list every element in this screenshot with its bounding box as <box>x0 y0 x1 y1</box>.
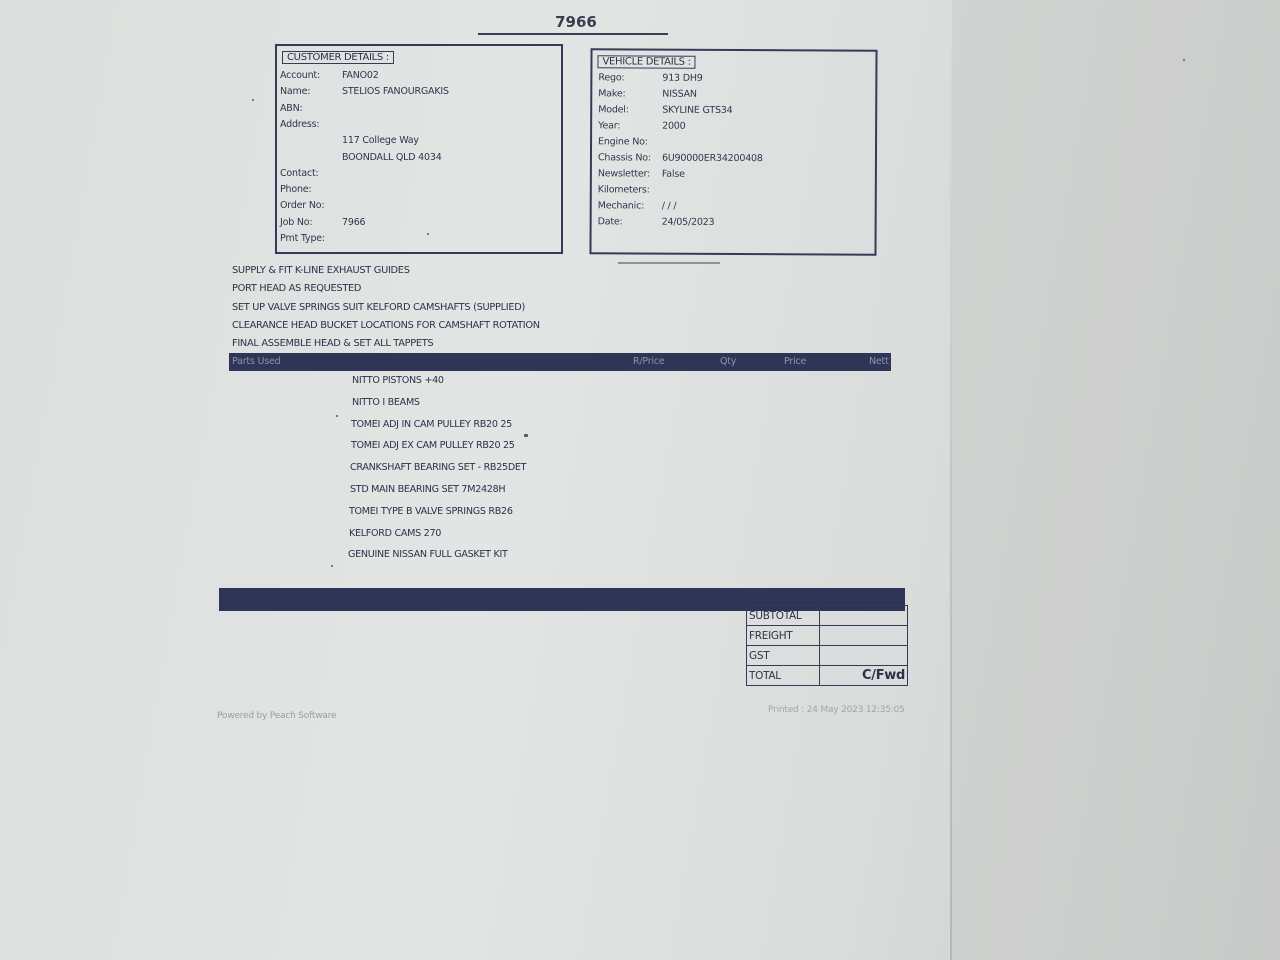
totals-row-gst: GST <box>747 646 908 666</box>
field-label: Address: <box>280 119 319 130</box>
parts-table-header: Parts Used R/Price Qty Price Nett <box>229 353 891 371</box>
field-label: Mechanic: <box>598 200 644 211</box>
field-row: Rego:913 DH9 <box>598 72 858 87</box>
field-row: Chassis No:6U90000ER34200408 <box>598 152 858 167</box>
field-row: Account:FANO02 <box>280 70 540 84</box>
vehicle-box-shadow-rule <box>618 262 720 264</box>
document-number: 7966 <box>540 13 612 31</box>
paper-speck <box>252 99 254 101</box>
table-row: NITTO I BEAMS <box>352 394 526 416</box>
customer-details-title: CUSTOMER DETAILS : <box>282 51 394 64</box>
field-row: Date:24/05/2023 <box>598 216 858 231</box>
totals-row-total: TOTAL C/Fwd <box>747 666 908 686</box>
table-row: TOMEI ADJ IN CAM PULLEY RB20 25 <box>351 416 526 438</box>
field-label: Order No: <box>280 200 324 211</box>
field-row: Job No:7966 <box>280 217 540 231</box>
field-label: Contact: <box>280 168 319 179</box>
field-value: 24/05/2023 <box>662 217 715 228</box>
parts-list: NITTO PISTONS +40 NITTO I BEAMS TOMEI AD… <box>346 372 526 568</box>
field-label: Engine No: <box>598 136 648 147</box>
field-label: Chassis No: <box>598 152 651 163</box>
job-tasks: SUPPLY & FIT K-LINE EXHAUST GUIDES PORT … <box>232 262 540 353</box>
table-row: STD MAIN BEARING SET 7M2428H <box>350 481 526 503</box>
gst-value <box>820 646 908 666</box>
task-line: CLEARANCE HEAD BUCKET LOCATIONS FOR CAMS… <box>232 317 540 335</box>
field-row: Newsletter:False <box>598 168 858 183</box>
field-row: Engine No: <box>598 136 858 151</box>
paper-speck <box>336 415 338 417</box>
field-value: 7966 <box>342 217 365 228</box>
field-label: Date: <box>598 216 623 227</box>
freight-label: FREIGHT <box>747 626 820 646</box>
field-row: BOONDALL QLD 4034 <box>280 152 540 166</box>
field-row: Make:NISSAN <box>598 88 858 103</box>
paper-speck <box>427 233 429 235</box>
column-nett: Nett <box>869 356 889 367</box>
field-row: Contact: <box>280 168 540 182</box>
field-value: SKYLINE GTS34 <box>662 105 732 116</box>
column-parts-used: Parts Used <box>232 356 281 367</box>
gst-label: GST <box>747 646 820 666</box>
printed-timestamp: Printed : 24 May 2023 12:35:05 <box>768 705 905 715</box>
field-value: 2000 <box>662 121 685 132</box>
column-price: Price <box>784 356 806 367</box>
field-value: / / / <box>662 201 677 212</box>
column-r-price: R/Price <box>633 356 665 367</box>
customer-details-box: CUSTOMER DETAILS : Account:FANO02Name:ST… <box>275 44 563 254</box>
paper-speck <box>524 434 528 437</box>
background-surface <box>952 0 1280 960</box>
field-label: Phone: <box>280 184 311 195</box>
field-row: Mechanic:/ / / <box>598 200 858 215</box>
title-underline <box>478 33 668 35</box>
field-row: Order No: <box>280 200 540 214</box>
column-qty: Qty <box>720 356 736 367</box>
table-row: NITTO PISTONS +40 <box>352 372 526 394</box>
table-row: TOMEI TYPE B VALVE SPRINGS RB26 <box>349 503 526 525</box>
field-label: Pmt Type: <box>280 233 325 244</box>
field-label: Rego: <box>598 72 624 83</box>
field-row: Name:STELIOS FANOURGAKIS <box>280 86 540 100</box>
task-line: FINAL ASSEMBLE HEAD & SET ALL TAPPETS <box>232 335 540 353</box>
field-row: Address: <box>280 119 540 133</box>
paper-speck <box>1183 59 1185 61</box>
field-value: NISSAN <box>662 89 697 100</box>
field-label: Make: <box>598 88 625 99</box>
vehicle-details-title: VEHICLE DETAILS : <box>597 55 695 69</box>
field-row: Phone: <box>280 184 540 198</box>
field-label: Job No: <box>280 217 312 228</box>
powered-by-footer: Powered by Peach Software <box>217 711 336 721</box>
field-label: Model: <box>598 104 629 115</box>
field-value: BOONDALL QLD 4034 <box>342 152 442 163</box>
field-row: Year:2000 <box>598 120 858 135</box>
field-value: 6U90000ER34200408 <box>662 153 763 165</box>
field-row: Kilometers: <box>598 184 858 199</box>
field-value: STELIOS FANOURGAKIS <box>342 86 449 97</box>
subtotal-value <box>820 606 908 626</box>
field-value: FANO02 <box>342 70 379 81</box>
task-line: SET UP VALVE SPRINGS SUIT KELFORD CAMSHA… <box>232 299 540 317</box>
paper-edge <box>950 0 952 960</box>
subtotal-label: SUBTOTAL <box>747 606 820 626</box>
totals-row-subtotal: SUBTOTAL <box>747 606 908 626</box>
task-line: SUPPLY & FIT K-LINE EXHAUST GUIDES <box>232 262 540 280</box>
vehicle-details-box: VEHICLE DETAILS : Rego:913 DH9Make:NISSA… <box>589 48 877 255</box>
table-row: TOMEI ADJ EX CAM PULLEY RB20 25 <box>351 437 526 459</box>
total-label: TOTAL <box>747 666 820 686</box>
table-row: CRANKSHAFT BEARING SET - RB25DET <box>350 459 526 481</box>
paper-speck <box>331 565 333 567</box>
field-label: Name: <box>280 86 310 97</box>
field-label: ABN: <box>280 103 303 114</box>
field-value: False <box>662 169 685 180</box>
field-value: 913 DH9 <box>662 73 702 84</box>
field-label: Account: <box>280 70 320 81</box>
freight-value <box>820 626 908 646</box>
field-row: Model:SKYLINE GTS34 <box>598 104 858 119</box>
table-row: GENUINE NISSAN FULL GASKET KIT <box>348 546 526 568</box>
field-label: Newsletter: <box>598 168 650 179</box>
field-label: Year: <box>598 120 620 131</box>
field-label: Kilometers: <box>598 184 650 195</box>
total-value: C/Fwd <box>820 666 908 686</box>
table-row: KELFORD CAMS 270 <box>349 525 526 547</box>
field-row: Pmt Type: <box>280 233 540 247</box>
totals-row-freight: FREIGHT <box>747 626 908 646</box>
field-row: ABN: <box>280 103 540 117</box>
vehicle-fields: Rego:913 DH9Make:NISSANModel:SKYLINE GTS… <box>593 50 876 51</box>
task-line: PORT HEAD AS REQUESTED <box>232 280 540 298</box>
field-row: 117 College Way <box>280 135 540 149</box>
field-value: 117 College Way <box>342 135 419 146</box>
totals-table: SUBTOTAL FREIGHT GST TOTAL C/Fwd <box>746 605 908 686</box>
